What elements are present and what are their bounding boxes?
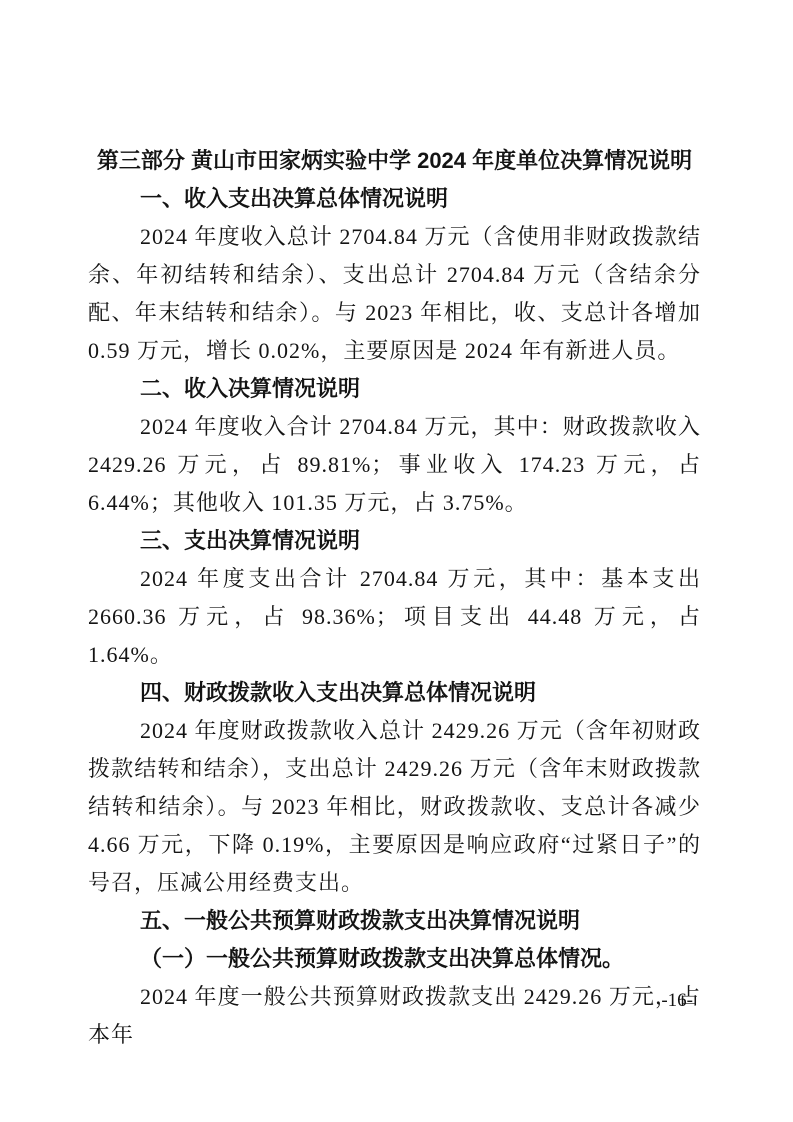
section-3-heading: 三、支出决算情况说明: [88, 522, 701, 560]
section-2-heading: 二、收入决算情况说明: [88, 370, 701, 408]
section-1-heading: 一、收入支出决算总体情况说明: [88, 180, 701, 218]
section-4-heading: 四、财政拨款收入支出决算总体情况说明: [88, 674, 701, 712]
section-fiscal-appropriation-overall: 四、财政拨款收入支出决算总体情况说明 2024 年度财政拨款收入总计 2429.…: [88, 674, 701, 902]
section-expenditure-final-accounts: 三、支出决算情况说明 2024 年度支出合计 2704.84 万元，其中：基本支…: [88, 522, 701, 674]
section-public-budget-expenditure: 五、一般公共预算财政拨款支出决算情况说明 （一）一般公共预算财政拨款支出决算总体…: [88, 902, 701, 1054]
section-income-expenditure-overall: 一、收入支出决算总体情况说明 2024 年度收入总计 2704.84 万元（含使…: [88, 180, 701, 370]
section-3-paragraph: 2024 年度支出合计 2704.84 万元，其中：基本支出 2660.36 万…: [88, 560, 701, 674]
section-4-paragraph: 2024 年度财政拨款收入总计 2429.26 万元（含年初财政拨款结转和结余）…: [88, 712, 701, 902]
section-income-final-accounts: 二、收入决算情况说明 2024 年度收入合计 2704.84 万元，其中：财政拨…: [88, 370, 701, 522]
page-number: -16-: [661, 990, 693, 1012]
document-page: 第三部分 黄山市田家炳实验中学 2024 年度单位决算情况说明 一、收入支出决算…: [0, 0, 793, 1122]
section-5-paragraph: 2024 年度一般公共预算财政拨款支出 2429.26 万元，占本年: [88, 978, 701, 1054]
section-5-heading: 五、一般公共预算财政拨款支出决算情况说明: [88, 902, 701, 940]
section-1-paragraph: 2024 年度收入总计 2704.84 万元（含使用非财政拨款结余、年初结转和结…: [88, 218, 701, 370]
document-content: 第三部分 黄山市田家炳实验中学 2024 年度单位决算情况说明 一、收入支出决算…: [88, 142, 701, 1054]
page-title: 第三部分 黄山市田家炳实验中学 2024 年度单位决算情况说明: [88, 142, 701, 180]
section-2-paragraph: 2024 年度收入合计 2704.84 万元，其中：财政拨款收入 2429.26…: [88, 408, 701, 522]
section-5-subheading: （一）一般公共预算财政拨款支出决算总体情况。: [88, 940, 701, 978]
